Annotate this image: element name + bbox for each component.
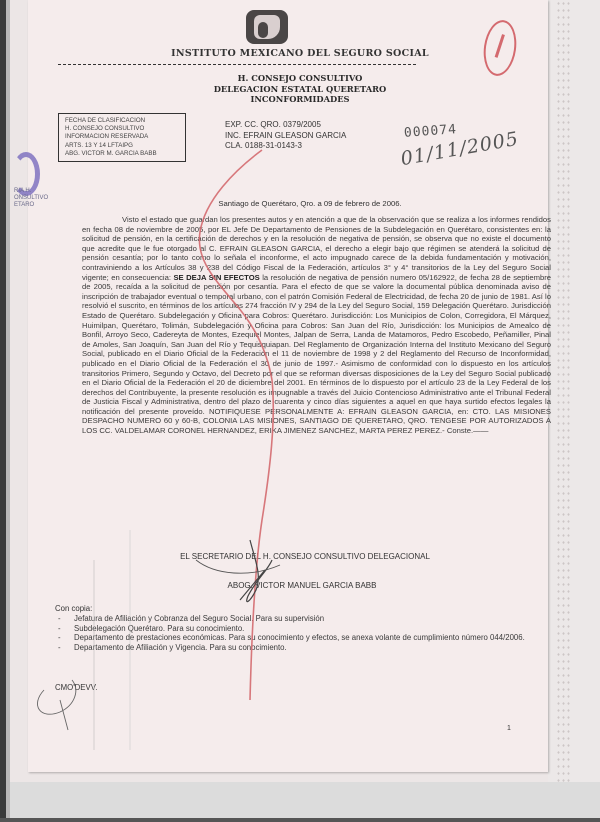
- scan-bottom-area: [10, 782, 600, 822]
- stamp-line: RIA H.: [14, 188, 48, 195]
- resolution-body: Visto el estado que guardan los presente…: [82, 215, 551, 436]
- council-line: H. CONSEJO CONSULTIVO: [0, 73, 600, 84]
- header-rule: [58, 64, 416, 65]
- purple-stamp: RIA H. ONSULTIVO ETARO: [12, 152, 46, 222]
- scan-right-margin: [548, 0, 600, 782]
- classification-line: INFORMACION RESERVADA: [65, 133, 179, 141]
- copies-list: Jefatura de Afiliación y Cobranza del Se…: [58, 614, 528, 652]
- copy-item: Jefatura de Afiliación y Cobranza del Se…: [58, 614, 528, 624]
- place-date: Santiago de Querétaro, Qro. a 09 de febr…: [0, 199, 600, 208]
- copy-item: Departamento de prestaciones económicas.…: [58, 633, 528, 643]
- body-text-part: la resolución de negativa de pensión num…: [82, 273, 551, 436]
- signer-name: ABOG. VICTOR MANUEL GARCIA BABB: [0, 581, 600, 590]
- classification-line: ABG. VICTOR M. GARCIA BABB: [65, 150, 179, 158]
- case-exp: EXP. CC. QRO. 0379/2005: [225, 120, 346, 131]
- initials: CMO'DEVV.: [55, 683, 97, 692]
- case-cla: CLA. 0188-31-0143-3: [225, 141, 346, 152]
- signature-title: EL SECRETARIO DEL H. CONSEJO CONSULTIVO …: [0, 552, 600, 561]
- copy-item: Subdelegación Querétaro. Para su conocim…: [58, 624, 528, 634]
- case-inc: INC. EFRAIN GLEASON GARCIA: [225, 131, 346, 142]
- classification-line: FECHA DE CLASIFICACION: [65, 117, 179, 125]
- council-line: INCONFORMIDADES: [0, 94, 600, 105]
- imss-logo-icon: [246, 10, 288, 44]
- case-reference: EXP. CC. QRO. 0379/2005 INC. EFRAIN GLEA…: [225, 120, 346, 152]
- copies-label: Con copia:: [55, 604, 92, 613]
- body-bold-text: SE DEJA SIN EFECTOS: [173, 273, 259, 282]
- council-heading: H. CONSEJO CONSULTIVO DELEGACION ESTATAL…: [0, 73, 600, 105]
- classification-line: H. CONSEJO CONSULTIVO: [65, 125, 179, 133]
- copy-item: Departamento de Afiliación y Vigencia. P…: [58, 643, 528, 653]
- classification-box: FECHA DE CLASIFICACION H. CONSEJO CONSUL…: [58, 113, 186, 162]
- classification-line: ARTS. 13 Y 14 LFTAIPG: [65, 142, 179, 150]
- page-number: 1: [507, 725, 511, 732]
- resolution-paragraph: Visto el estado que guardan los presente…: [82, 215, 551, 436]
- council-line: DELEGACION ESTATAL QUERETARO: [0, 84, 600, 95]
- scan-bottom-edge: [0, 818, 600, 822]
